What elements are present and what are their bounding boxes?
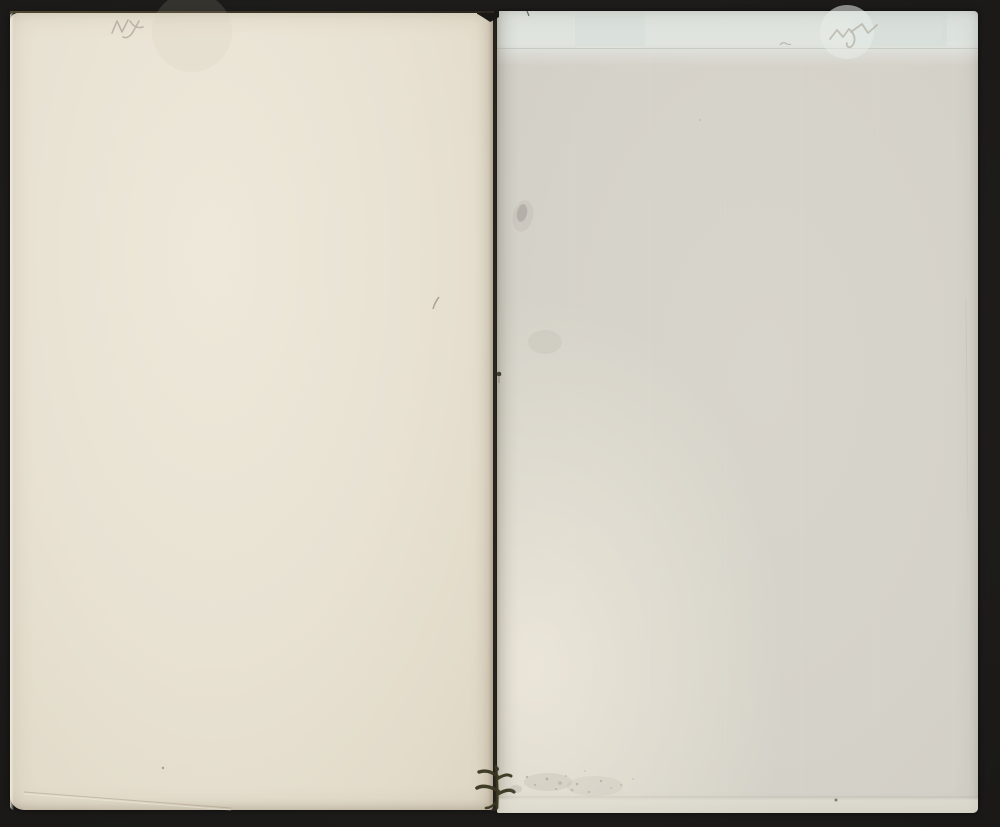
gutter-smudge: [510, 198, 536, 233]
ink-specks-bottom: [510, 770, 634, 796]
stain-top-left: [152, 0, 232, 72]
page-marks-overlay: [0, 0, 1000, 827]
paper-specks: [162, 119, 838, 802]
binding-thread: [477, 766, 514, 808]
show-through-patches: [575, 5, 977, 59]
tilde-mark: [780, 43, 791, 45]
spine-stitch-dot: [497, 372, 502, 383]
right-page-edge-line: [966, 300, 968, 520]
mid-page-smudge: [528, 330, 562, 354]
top-edge-tick: [527, 11, 529, 16]
pencil-inscription-top-left: [112, 20, 143, 38]
crease-bottom-left: [24, 792, 231, 810]
fiber-scratch: [433, 297, 439, 309]
book-scan-canvas: [0, 0, 1000, 827]
